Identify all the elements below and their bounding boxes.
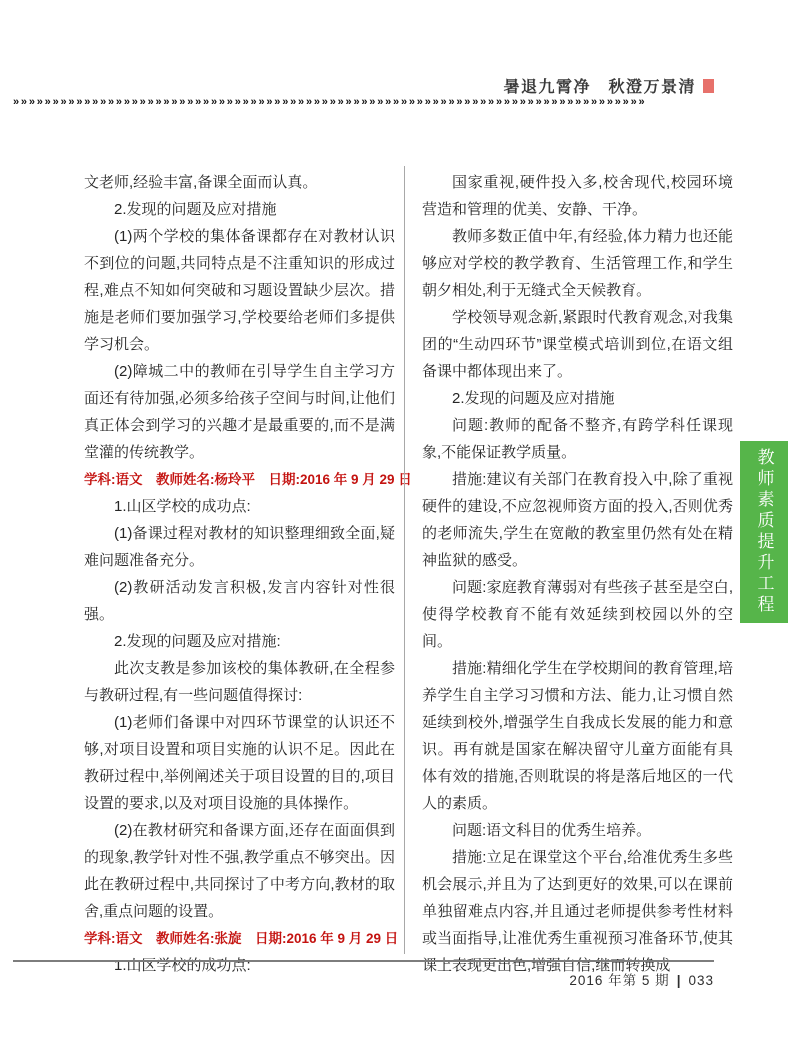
paragraph: 文老师,经验丰富,备课全面而认真。 bbox=[84, 169, 395, 196]
paragraph: 问题:教师的配备不整齐,有跨学科任课现象,不能保证教学质量。 bbox=[422, 412, 733, 466]
paragraph: (1)备课过程对教材的知识整理细致全面,疑难问题准备充分。 bbox=[84, 520, 395, 574]
paragraph: 教师多数正值中年,有经验,体力精力也还能够应对学校的教学教育、生活管理工作,和学… bbox=[422, 223, 733, 304]
paragraph: 1.山区学校的成功点: bbox=[84, 493, 395, 520]
paragraph: 措施:建议有关部门在教育投入中,除了重视硬件的建设,不应忽视师资方面的投入,否则… bbox=[422, 466, 733, 574]
side-tab-teacher-quality-program: 教师素质提升工程 bbox=[740, 441, 788, 623]
footer-page-number: 033 bbox=[688, 973, 714, 988]
paragraph: 2.发现的问题及应对措施 bbox=[84, 196, 395, 223]
page-footer: 2016 年第 5 期|033 bbox=[13, 960, 714, 989]
footer-issue: 2016 年第 5 期 bbox=[569, 973, 669, 988]
paragraph: 措施:立足在课堂这个平台,给准优秀生多些机会展示,并且为了达到更好的效果,可以在… bbox=[422, 844, 733, 979]
paragraph: (1)两个学校的集体备课都存在对教材认识不到位的问题,共同特点是不注重知识的形成… bbox=[84, 223, 395, 358]
paragraph: 问题:语文科目的优秀生培养。 bbox=[422, 817, 733, 844]
right-column: 国家重视,硬件投入多,校舍现代,校园环境营造和管理的优美、安静、干净。 教师多数… bbox=[422, 169, 733, 979]
paragraph: (1)老师们备课中对四环节课堂的认识还不够,对项目设置和项目实施的认识不足。因此… bbox=[84, 709, 395, 817]
paragraph: 措施:精细化学生在学校期间的教育管理,培养学生自主学习习惯和方法、能力,让习惯自… bbox=[422, 655, 733, 817]
paragraph: 2.发现的问题及应对措施: bbox=[84, 628, 395, 655]
teacher-info-line: 学科:语文 教师姓名:杨玲平 日期:2016 年 9 月 29 日 bbox=[84, 466, 395, 493]
paragraph: 问题:家庭教育薄弱对有些孩子甚至是空白,使得学校教育不能有效延续到校园以外的空间… bbox=[422, 574, 733, 655]
article-body: 文老师,经验丰富,备课全面而认真。 2.发现的问题及应对措施 (1)两个学校的集… bbox=[84, 169, 733, 979]
footer-separator: | bbox=[677, 973, 682, 988]
paragraph: (2)在教材研究和备课方面,还存在面面俱到的现象,教学针对性不强,教学重点不够突… bbox=[84, 817, 395, 925]
header-slogan: 暑退九霄净 秋澄万景清 bbox=[503, 74, 696, 97]
header-accent-square-icon bbox=[703, 79, 714, 93]
paragraph: 国家重视,硬件投入多,校舍现代,校园环境营造和管理的优美、安静、干净。 bbox=[422, 169, 733, 223]
paragraph: (2)教研活动发言积极,发言内容针对性很强。 bbox=[84, 574, 395, 628]
paragraph: 2.发现的问题及应对措施 bbox=[422, 385, 733, 412]
paragraph: 学校领导观念新,紧跟时代教育观念,对我集团的“生动四环节”课堂模式培训到位,在语… bbox=[422, 304, 733, 385]
paragraph: (2)障城二中的教师在引导学生自主学习方面还有待加强,必须多给孩子空间与时间,让… bbox=[84, 358, 395, 466]
left-column: 文老师,经验丰富,备课全面而认真。 2.发现的问题及应对措施 (1)两个学校的集… bbox=[84, 169, 395, 979]
dotted-arrow-divider: »»»»»»»»»»»»»»»»»»»»»»»»»»»»»»»»»»»»»»»»… bbox=[13, 95, 714, 109]
teacher-info-line: 学科:语文 教师姓名:张旋 日期:2016 年 9 月 29 日 bbox=[84, 925, 395, 952]
paragraph: 此次支教是参加该校的集体教研,在全程参与教研过程,有一些问题值得探讨: bbox=[84, 655, 395, 709]
page-header: 暑退九霄净 秋澄万景清 bbox=[503, 74, 714, 97]
magazine-page: 暑退九霄净 秋澄万景清 »»»»»»»»»»»»»»»»»»»»»»»»»»»»… bbox=[0, 0, 800, 1046]
column-divider-line bbox=[404, 166, 405, 954]
